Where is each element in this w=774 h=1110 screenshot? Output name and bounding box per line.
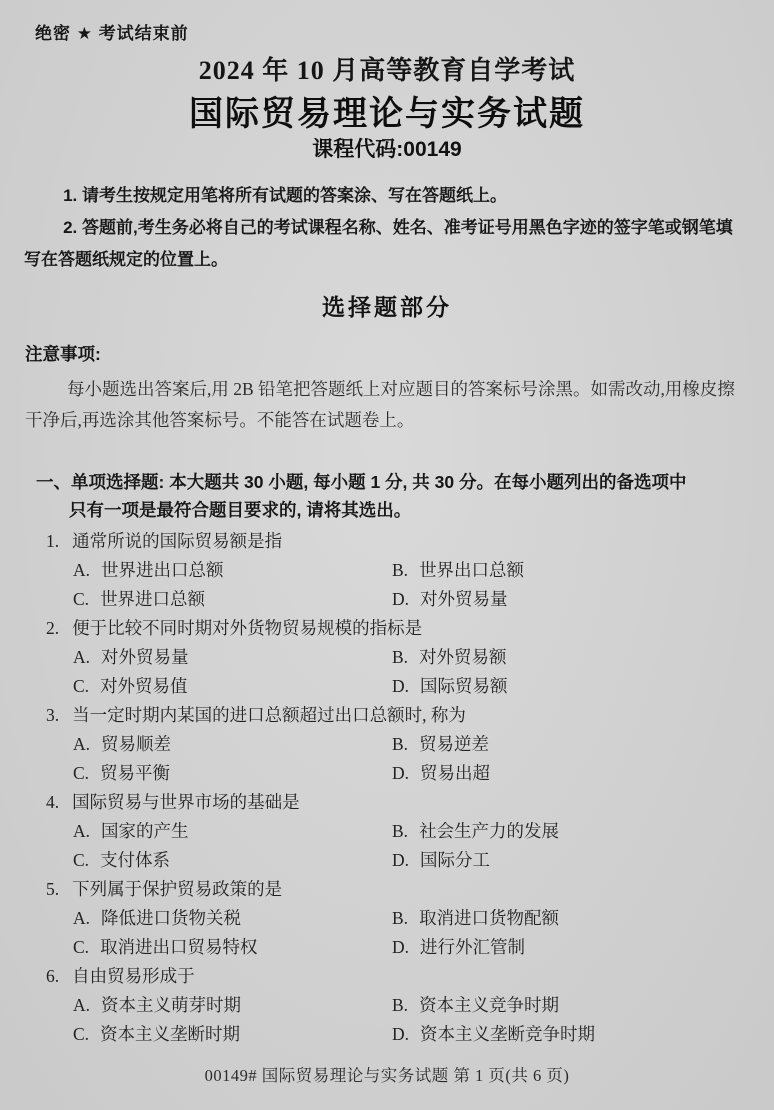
part-one-header-line1: 一、单项选择题: 本大题共 30 小题, 每小题 1 分, 共 30 分。在每小… [36,469,746,497]
question-options: A. 贸易顺差 B. 贸易逆差 C. 贸易平衡 D. 贸易出超 [73,730,774,788]
question-list: 1. 通常所说的国际贸易额是指 A. 世界进出口总额 B. 世界出口总额 C. … [0,527,774,1049]
option-label: B. [392,904,408,933]
question-options: A. 世界进出口总额 B. 世界出口总额 C. 世界进口总额 D. 对外贸易量 [73,556,774,614]
part-one-header: 一、单项选择题: 本大题共 30 小题, 每小题 1 分, 共 30 分。在每小… [36,469,746,524]
question-number: 2. [46,614,59,643]
question-stem-row: 1. 通常所说的国际贸易额是指 [46,527,774,556]
option: B. 社会生产力的发展 [392,817,774,846]
option: A. 国家的产生 [73,817,392,846]
option: B. 资本主义竞争时期 [392,991,774,1020]
option-text: 取消进口货物配额 [419,904,559,933]
question-stem: 通常所说的国际贸易额是指 [72,527,282,556]
option-text: 国家的产生 [101,817,189,846]
option-label: B. [392,643,408,672]
page-footer: 00149# 国际贸易理论与实务试题 第 1 页(共 6 页) [0,1062,774,1086]
question-options: A. 国家的产生 B. 社会生产力的发展 C. 支付体系 D. 国际分工 [73,817,774,875]
option-label: D. [392,585,409,614]
question-item: 2. 便于比较不同时期对外货物贸易规模的指标是 A. 对外贸易量 B. 对外贸易… [0,614,774,701]
option: A. 资本主义萌芽时期 [73,991,392,1020]
option: D. 资本主义垄断竞争时期 [392,1020,774,1049]
option: D. 进行外汇管制 [392,933,774,962]
question-stem-row: 4. 国际贸易与世界市场的基础是 [46,788,774,817]
option-text: 社会生产力的发展 [419,817,559,846]
question-item: 3. 当一定时期内某国的进口总额超过出口总额时, 称为 A. 贸易顺差 B. 贸… [0,701,774,788]
option-text: 资本主义垄断时期 [100,1020,240,1049]
option: C. 支付体系 [73,846,392,875]
option-label: C. [73,759,89,788]
option-text: 世界进口总额 [100,585,205,614]
option: D. 国际分工 [392,846,774,875]
option-label: A. [73,904,90,933]
instruction-item-1: 1. 请考生按规定用笔将所有试题的答案涂、写在答题纸上。 [24,180,748,212]
option-label: C. [73,846,89,875]
option-text: 国际分工 [420,846,490,875]
question-item: 6. 自由贸易形成于 A. 资本主义萌芽时期 B. 资本主义竞争时期 C. 资本… [0,962,774,1049]
question-number: 1. [46,527,59,556]
question-options: A. 资本主义萌芽时期 B. 资本主义竞争时期 C. 资本主义垄断时期 D. 资… [73,991,774,1049]
question-number: 6. [46,962,59,991]
option-text: 降低进口货物关税 [101,904,241,933]
question-number: 5. [46,875,59,904]
option-text: 进行外汇管制 [420,933,525,962]
question-stem: 当一定时期内某国的进口总额超过出口总额时, 称为 [72,701,466,730]
general-instructions: 1. 请考生按规定用笔将所有试题的答案涂、写在答题纸上。 2. 答题前,考生务必… [24,180,748,276]
option: B. 对外贸易额 [392,643,774,672]
option-text: 资本主义竞争时期 [419,991,559,1020]
notes-body: 每小题选出答案后,用 2B 铅笔把答题纸上对应题目的答案标号涂黑。如需改动,用橡… [25,374,746,436]
option-label: B. [392,556,408,585]
option-label: D. [392,672,409,701]
notes-title: 注意事项: [25,341,101,366]
option-text: 贸易逆差 [419,730,489,759]
option-text: 对外贸易额 [419,643,507,672]
option-text: 对外贸易量 [101,643,189,672]
option-label: A. [73,556,90,585]
option-label: D. [392,759,409,788]
option: A. 世界进出口总额 [73,556,392,585]
option: A. 贸易顺差 [73,730,392,759]
question-item: 5. 下列属于保护贸易政策的是 A. 降低进口货物关税 B. 取消进口货物配额 … [0,875,774,962]
option: A. 对外贸易量 [73,643,392,672]
question-stem-row: 3. 当一定时期内某国的进口总额超过出口总额时, 称为 [46,701,774,730]
question-stem: 自由贸易形成于 [72,962,195,991]
question-stem-row: 6. 自由贸易形成于 [46,962,774,991]
option-label: B. [392,991,408,1020]
option: D. 贸易出超 [392,759,774,788]
option-text: 贸易顺差 [101,730,171,759]
option-text: 世界出口总额 [419,556,524,585]
option-text: 资本主义萌芽时期 [101,991,241,1020]
question-options: A. 对外贸易量 B. 对外贸易额 C. 对外贸易值 D. 国际贸易额 [73,643,774,701]
option: C. 世界进口总额 [73,585,392,614]
option-text: 贸易出超 [420,759,490,788]
part-one-header-line2: 只有一项是最符合题目要求的, 请将其选出。 [69,497,746,525]
option-label: A. [73,817,90,846]
option-label: C. [73,933,89,962]
exam-paper-page: 绝密 ★ 考试结束前 2024 年 10 月高等教育自学考试 国际贸易理论与实务… [0,0,774,1110]
option: C. 取消进出口贸易特权 [73,933,392,962]
option-label: B. [392,817,408,846]
instruction-item-2: 2. 答题前,考生务必将自己的考试课程名称、姓名、准考证号用黑色字迹的签字笔或钢… [24,212,748,276]
question-stem: 便于比较不同时期对外货物贸易规模的指标是 [72,614,422,643]
question-stem: 下列属于保护贸易政策的是 [72,875,282,904]
option-text: 资本主义垄断竞争时期 [420,1020,595,1049]
option-label: C. [73,585,89,614]
option-label: C. [73,1020,89,1049]
secrecy-banner: 绝密 ★ 考试结束前 [35,19,189,44]
question-number: 3. [46,701,59,730]
option-label: D. [392,846,409,875]
option-label: B. [392,730,408,759]
option: B. 贸易逆差 [392,730,774,759]
question-number: 4. [46,788,59,817]
option: A. 降低进口货物关税 [73,904,392,933]
option-text: 支付体系 [100,846,170,875]
question-item: 4. 国际贸易与世界市场的基础是 A. 国家的产生 B. 社会生产力的发展 C.… [0,788,774,875]
option: B. 取消进口货物配额 [392,904,774,933]
option-text: 国际贸易额 [420,672,508,701]
option: B. 世界出口总额 [392,556,774,585]
option: C. 资本主义垄断时期 [73,1020,392,1049]
option: D. 国际贸易额 [392,672,774,701]
question-item: 1. 通常所说的国际贸易额是指 A. 世界进出口总额 B. 世界出口总额 C. … [0,527,774,614]
option-label: D. [392,933,409,962]
paper-title: 国际贸易理论与实务试题 [0,86,774,135]
option: C. 对外贸易值 [73,672,392,701]
option-label: A. [73,643,90,672]
option-text: 贸易平衡 [100,759,170,788]
exam-session-title: 2024 年 10 月高等教育自学考试 [0,50,774,87]
section-heading: 选择题部分 [0,289,774,322]
option-label: A. [73,730,90,759]
option: C. 贸易平衡 [73,759,392,788]
question-stem-row: 2. 便于比较不同时期对外货物贸易规模的指标是 [46,614,774,643]
option-text: 对外贸易量 [420,585,508,614]
question-options: A. 降低进口货物关税 B. 取消进口货物配额 C. 取消进出口贸易特权 D. … [73,904,774,962]
option-text: 对外贸易值 [100,672,188,701]
option-text: 取消进出口贸易特权 [100,933,258,962]
option-label: A. [73,991,90,1020]
option: D. 对外贸易量 [392,585,774,614]
option-label: C. [73,672,89,701]
question-stem: 国际贸易与世界市场的基础是 [72,788,300,817]
option-label: D. [392,1020,409,1049]
option-text: 世界进出口总额 [101,556,224,585]
question-stem-row: 5. 下列属于保护贸易政策的是 [46,875,774,904]
course-code: 课程代码:00149 [0,133,774,163]
